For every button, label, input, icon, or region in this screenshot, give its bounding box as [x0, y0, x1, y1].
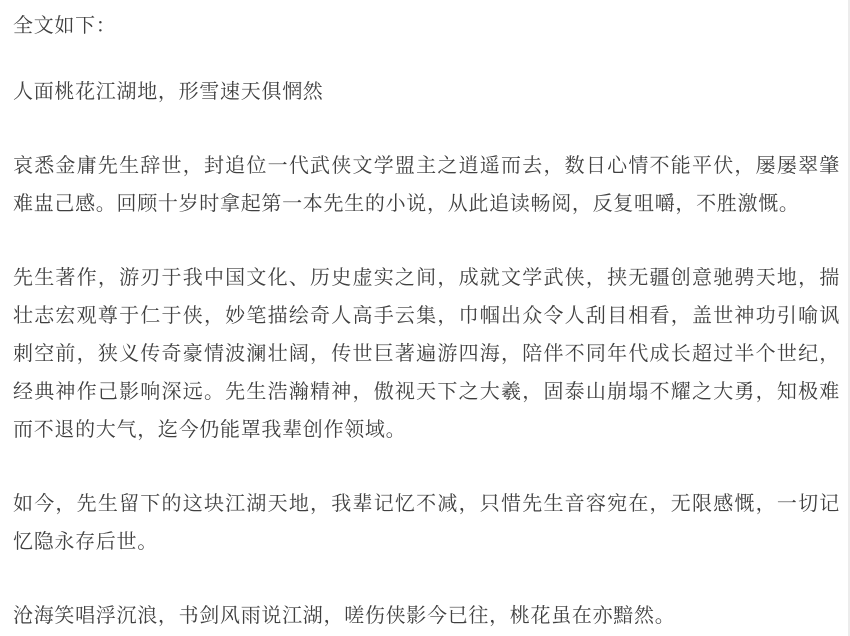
article-verse-closing: 沧海笑唱浮沉浪，书剑风雨说江湖，嗟伤侠影今已往，桃花虽在亦黯然。: [13, 597, 840, 635]
article-paragraph: 哀悉金庸先生辞世，封追位一代武侠文学盟主之逍遥而去，数日心情不能平伏，屡屡翠肇难…: [13, 147, 840, 223]
document-page: 全文如下： 人面桃花江湖地，形雪速天俱惘然 哀悉金庸先生辞世，封追位一代武侠文学…: [0, 0, 850, 636]
article-intro-line: 全文如下：: [13, 7, 840, 45]
article-paragraph: 先生著作，游刃于我中国文化、历史虚实之间，成就文学武侠，挟无疆创意驰骋天地，揣壮…: [13, 259, 840, 449]
article-paragraph: 如今，先生留下的这块江湖天地，我辈记忆不减，只惜先生音容宛在，无限感慨，一切记忆…: [13, 485, 840, 561]
article-verse-opening: 人面桃花江湖地，形雪速天俱惘然: [13, 73, 840, 111]
article-body: 全文如下： 人面桃花江湖地，形雪速天俱惘然 哀悉金庸先生辞世，封追位一代武侠文学…: [0, 0, 848, 635]
